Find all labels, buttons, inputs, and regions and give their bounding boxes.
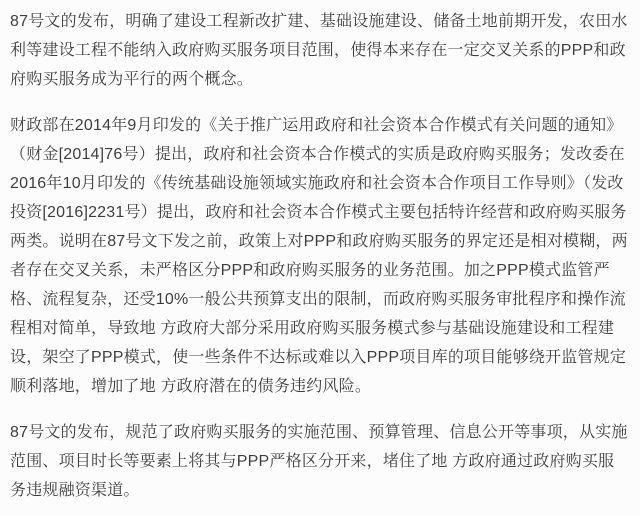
paragraph-2: 财政部在2014年9月印发的《关于推广运用政府和社会资本合作模式有关问题的通知》… <box>10 111 630 401</box>
article-body: 87号文的发布，明确了建设工程新改扩建、基础设施建设、储备土地前期开发，农田水利… <box>0 0 640 516</box>
paragraph-1: 87号文的发布，明确了建设工程新改扩建、基础设施建设、储备土地前期开发，农田水利… <box>10 7 630 94</box>
paragraph-3: 87号文的发布，规范了政府购买服务的实施范围、预算管理、信息公开等事项，从实施范… <box>10 418 630 505</box>
